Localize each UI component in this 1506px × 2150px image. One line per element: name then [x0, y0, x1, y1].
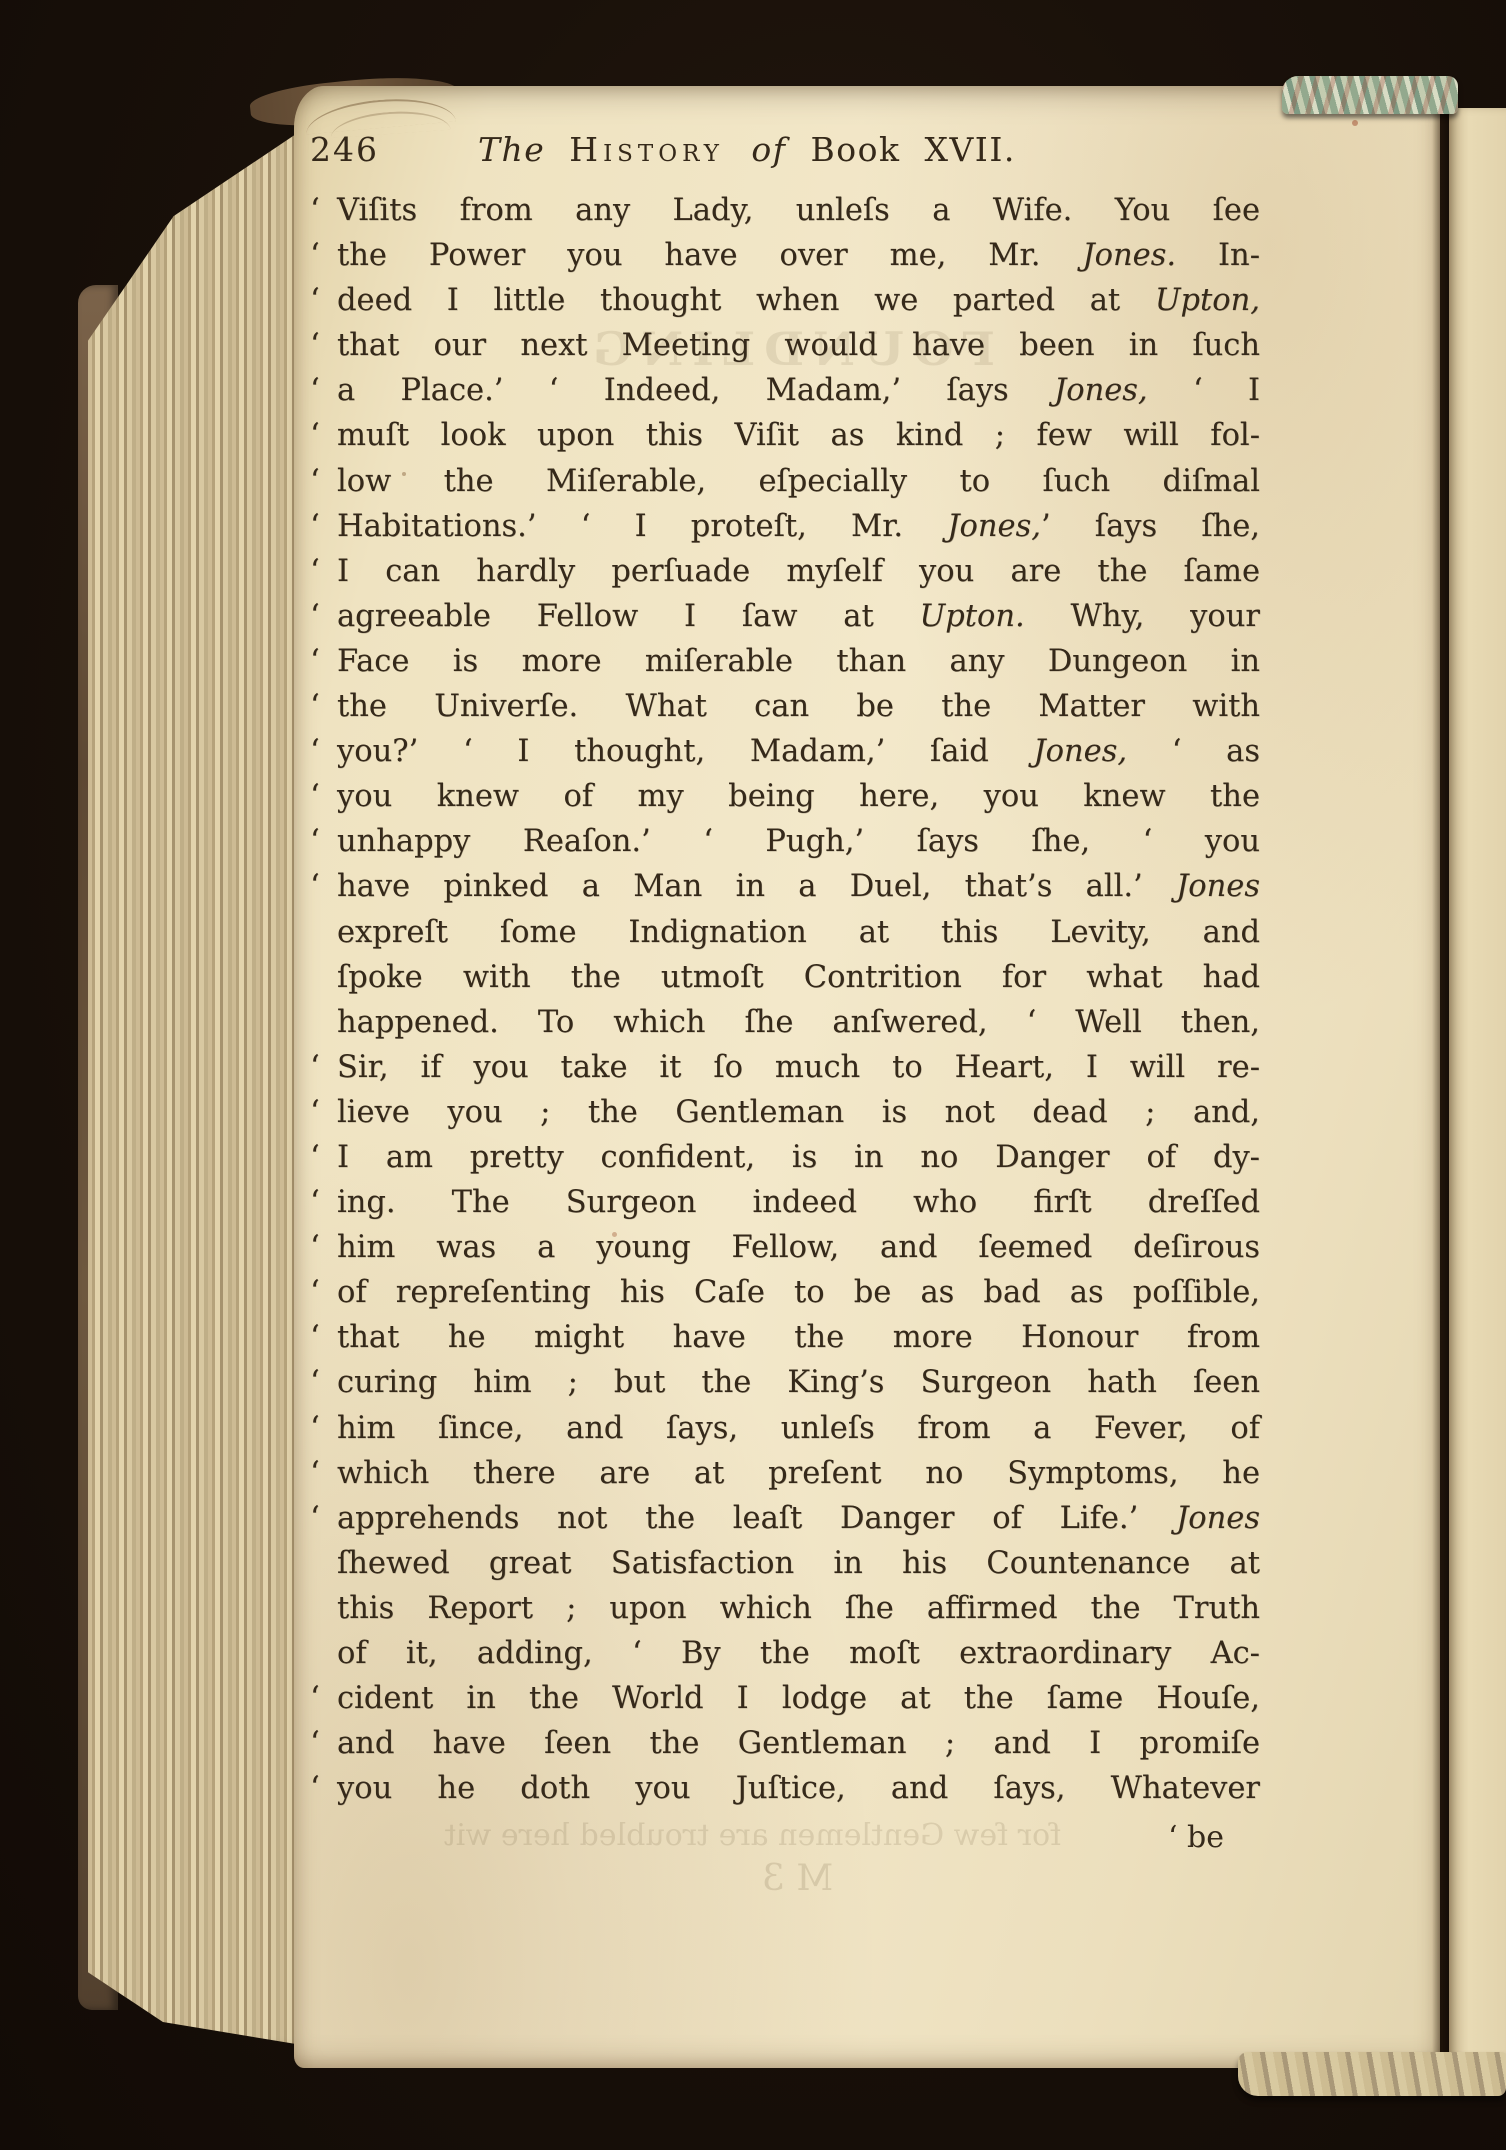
- text-line: ‘a Place.’ ‘ Indeed, Madam,’ ſays Jones,…: [310, 368, 1260, 413]
- text-line: ‘you he doth you Juſtice, and ſays, What…: [310, 1766, 1260, 1811]
- text-segment: Why, your: [1025, 599, 1260, 634]
- text-segment: Jones,: [1033, 734, 1127, 769]
- quote-mark: ‘: [310, 1135, 337, 1180]
- text-segment: him ſince, and ſays, unleſs from a Fever…: [337, 1411, 1260, 1446]
- text-segment: you knew of my being here, you knew the: [337, 779, 1260, 814]
- text-line: ‘Viſits from any Lady, unleſs a Wife. Yo…: [310, 188, 1260, 233]
- text-line: ‘muſt look upon this Viſit as kind ; few…: [310, 413, 1260, 458]
- text-line: ‘the Univerſe. What can be the Matter wi…: [310, 684, 1260, 729]
- text-line: ‘I can hardly perſuade myſelf you are th…: [310, 549, 1260, 594]
- quote-mark: ‘: [310, 459, 337, 504]
- text-segment: him was a young Fellow, and ſeemed deſir…: [337, 1230, 1260, 1265]
- text-segment: Jones,: [1054, 373, 1148, 408]
- text-segment: you?’ ‘ I thought, Madam,’ ſaid: [337, 734, 1033, 769]
- book-scan-background: { "document": { "type": "book-page-scan"…: [0, 0, 1506, 2150]
- text-line: ‘ing. The Surgeon indeed who firſt dreſſ…: [310, 1180, 1260, 1225]
- page-text: ‘Viſits from any Lady, unleſs a Wife. Yo…: [310, 188, 1260, 1811]
- quote-mark: ‘: [310, 323, 337, 368]
- text-segment: Book XVII.: [810, 130, 1015, 169]
- text-line: ‘which there are at preſent no Symptoms,…: [310, 1451, 1260, 1496]
- text-segment: apprehends not the leaſt Danger of Life.…: [337, 1501, 1176, 1536]
- quote-mark: ‘: [310, 1270, 337, 1315]
- text-segment: that he might have the more Honour from: [337, 1320, 1260, 1355]
- text-line: ‘the Power you have over me, Mr. Jones. …: [310, 233, 1260, 278]
- text-line: ſhewed great Satisfaction in his Counten…: [310, 1541, 1260, 1586]
- text-line: ‘you knew of my being here, you knew the: [310, 774, 1260, 819]
- text-segment: unhappy Reaſon.’ ‘ Pugh,’ ſays ſhe, ‘ yo…: [337, 824, 1260, 859]
- text-segment: have pinked a Man in a Duel, that’s all.…: [337, 869, 1176, 904]
- text-segment: Jones,: [947, 509, 1041, 544]
- text-segment: the Power you have over me, Mr.: [337, 238, 1082, 273]
- quote-mark: ‘: [310, 1225, 337, 1270]
- text-segment: The: [478, 130, 569, 169]
- text-line: ‘cident in the World I lodge at the ſame…: [310, 1676, 1260, 1721]
- quote-mark: ‘: [310, 1090, 337, 1135]
- quote-mark: ‘: [310, 774, 337, 819]
- text-segment: History: [569, 130, 751, 169]
- text-segment: cident in the World I lodge at the ſame …: [337, 1681, 1260, 1716]
- quote-mark: ‘: [310, 1676, 337, 1721]
- tailband: [1238, 2052, 1506, 2096]
- quote-mark: ‘: [310, 729, 337, 774]
- text-segment: Jones: [1176, 869, 1260, 904]
- quote-mark: ‘: [310, 1451, 337, 1496]
- text-segment: Jones.: [1082, 238, 1176, 273]
- text-line: expreſt ſome Indignation at this Levity,…: [310, 910, 1260, 955]
- headband: [1282, 76, 1458, 114]
- text-line: ‘I am pretty confident, is in no Danger …: [310, 1135, 1260, 1180]
- text-segment: ‘ I: [1148, 373, 1260, 408]
- quote-mark: ‘: [310, 864, 337, 909]
- text-segment: Sir, if you take it ſo much to Heart, I …: [337, 1050, 1260, 1085]
- text-line: ‘him ſince, and ſays, unleſs from a Feve…: [310, 1406, 1260, 1451]
- quote-mark: ‘: [310, 504, 337, 549]
- quote-mark: ‘: [310, 1406, 337, 1451]
- text-line: ‘apprehends not the leaſt Danger of Life…: [310, 1496, 1260, 1541]
- quote-mark: ‘: [310, 549, 337, 594]
- text-segment: Habitations.’ ‘ I proteſt, Mr.: [337, 509, 947, 544]
- text-segment: of: [751, 130, 810, 169]
- quote-mark: ‘: [310, 1766, 337, 1811]
- text-line: ‘that he might have the more Honour from: [310, 1315, 1260, 1360]
- text-segment: I can hardly perſuade myſelf you are the…: [337, 554, 1260, 589]
- text-line: ‘you?’ ‘ I thought, Madam,’ ſaid Jones, …: [310, 729, 1260, 774]
- text-line: ‘him was a young Fellow, and ſeemed deſi…: [310, 1225, 1260, 1270]
- running-title: The History of Book XVII.: [478, 130, 1016, 169]
- text-segment: expreſt ſome Indignation at this Levity,…: [337, 915, 1260, 950]
- text-line: this Report ; upon which ſhe affirmed th…: [310, 1586, 1260, 1631]
- stain-speck: [1120, 1560, 1125, 1564]
- text-segment: I am pretty confident, is in no Danger o…: [337, 1140, 1260, 1175]
- text-line: ‘have pinked a Man in a Duel, that’s all…: [310, 864, 1260, 909]
- text-segment: ſpoke with the utmoſt Contrition for wha…: [337, 960, 1260, 995]
- quote-mark: ‘: [310, 684, 337, 729]
- quote-mark: ‘: [310, 819, 337, 864]
- text-segment: Upton,: [1155, 283, 1260, 318]
- text-line: ‘deed I little thought when we parted at…: [310, 278, 1260, 323]
- page-number: 246: [310, 130, 478, 169]
- bleedthrough-signature-mark: M 3: [762, 1858, 833, 1899]
- book-page: FOUNDLING for few Gentlemen are troubled…: [294, 86, 1440, 2068]
- text-line: ‘Face is more miſerable than any Dungeon…: [310, 639, 1260, 684]
- text-segment: of repreſenting his Caſe to be as bad as…: [337, 1275, 1260, 1310]
- text-line: ‘Habitations.’ ‘ I proteſt, Mr. Jones,’ …: [310, 504, 1260, 549]
- quote-mark: ‘: [310, 233, 337, 278]
- page-header: 246 The History of Book XVII.: [310, 130, 1260, 188]
- quote-mark: ‘: [310, 368, 337, 413]
- text-segment: you he doth you Juſtice, and ſays, Whate…: [337, 1771, 1260, 1806]
- text-segment: Upton.: [920, 599, 1025, 634]
- stain-speck: [1352, 120, 1358, 126]
- text-segment: a Place.’ ‘ Indeed, Madam,’ ſays: [337, 373, 1054, 408]
- text-line: happened. To which ſhe anſwered, ‘ Well …: [310, 1000, 1260, 1045]
- text-line: ‘agreeable Fellow I ſaw at Upton. Why, y…: [310, 594, 1260, 639]
- text-line: of it, adding, ‘ By the moſt extraordina…: [310, 1631, 1260, 1676]
- page-stack-left-edges: [88, 130, 302, 2045]
- text-segment: ing. The Surgeon indeed who firſt dreſſe…: [337, 1185, 1260, 1220]
- catchword: ‘ be: [310, 1815, 1260, 1860]
- text-segment: this Report ; upon which ſhe affirmed th…: [337, 1591, 1260, 1626]
- text-segment: low the Miſerable, eſpecially to ſuch di…: [337, 464, 1260, 499]
- text-segment: which there are at preſent no Symptoms, …: [337, 1456, 1260, 1491]
- page-gutter-shadow: [1432, 98, 1449, 2064]
- text-line: ‘low the Miſerable, eſpecially to ſuch d…: [310, 459, 1260, 504]
- quote-mark: ‘: [310, 1360, 337, 1405]
- text-segment: Face is more miſerable than any Dungeon …: [337, 644, 1260, 679]
- text-segment: agreeable Fellow I ſaw at: [337, 599, 920, 634]
- stain-speck: [402, 472, 406, 476]
- text-segment: ‘ as: [1127, 734, 1260, 769]
- facing-page-edge: [1449, 108, 1506, 2058]
- text-segment: muſt look upon this Viſit as kind ; few …: [337, 418, 1260, 453]
- text-line: ſpoke with the utmoſt Contrition for wha…: [310, 955, 1260, 1000]
- quote-mark: ‘: [310, 413, 337, 458]
- text-segment: of it, adding, ‘ By the moſt extraordina…: [337, 1636, 1260, 1671]
- text-line: ‘unhappy Reaſon.’ ‘ Pugh,’ ſays ſhe, ‘ y…: [310, 819, 1260, 864]
- quote-mark: ‘: [310, 188, 337, 233]
- quote-mark: ‘: [310, 1180, 337, 1225]
- text-line: ‘that our next Meeting would have been i…: [310, 323, 1260, 368]
- quote-mark: ‘: [310, 1045, 337, 1090]
- text-line: ‘Sir, if you take it ſo much to Heart, I…: [310, 1045, 1260, 1090]
- quote-mark: ‘: [310, 639, 337, 684]
- text-segment: Jones: [1176, 1501, 1260, 1536]
- quote-mark: ‘: [310, 1721, 337, 1766]
- text-segment: lieve you ; the Gentleman is not dead ; …: [337, 1095, 1260, 1130]
- quote-mark: ‘: [310, 594, 337, 639]
- text-segment: In-: [1176, 238, 1260, 273]
- quote-mark: ‘: [310, 278, 337, 323]
- text-segment: that our next Meeting would have been in…: [337, 328, 1260, 363]
- text-segment: curing him ; but the King’s Surgeon hath…: [337, 1365, 1260, 1400]
- text-segment: happened. To which ſhe anſwered, ‘ Well …: [337, 1005, 1260, 1040]
- text-segment: ’ ſays ſhe,: [1041, 509, 1260, 544]
- text-segment: deed I little thought when we parted at: [337, 283, 1155, 318]
- text-segment: and have ſeen the Gentleman ; and I prom…: [337, 1726, 1260, 1761]
- page-content: 246 The History of Book XVII. ‘Viſits fr…: [310, 130, 1260, 1860]
- stain-speck: [612, 1232, 617, 1237]
- text-segment: the Univerſe. What can be the Matter wit…: [337, 689, 1260, 724]
- text-line: ‘and have ſeen the Gentleman ; and I pro…: [310, 1721, 1260, 1766]
- text-line: ‘of repreſenting his Caſe to be as bad a…: [310, 1270, 1260, 1315]
- quote-mark: ‘: [310, 1315, 337, 1360]
- quote-mark: ‘: [310, 1496, 337, 1541]
- text-line: ‘curing him ; but the King’s Surgeon hat…: [310, 1360, 1260, 1405]
- text-segment: Viſits from any Lady, unleſs a Wife. You…: [337, 193, 1260, 228]
- text-line: ‘lieve you ; the Gentleman is not dead ;…: [310, 1090, 1260, 1135]
